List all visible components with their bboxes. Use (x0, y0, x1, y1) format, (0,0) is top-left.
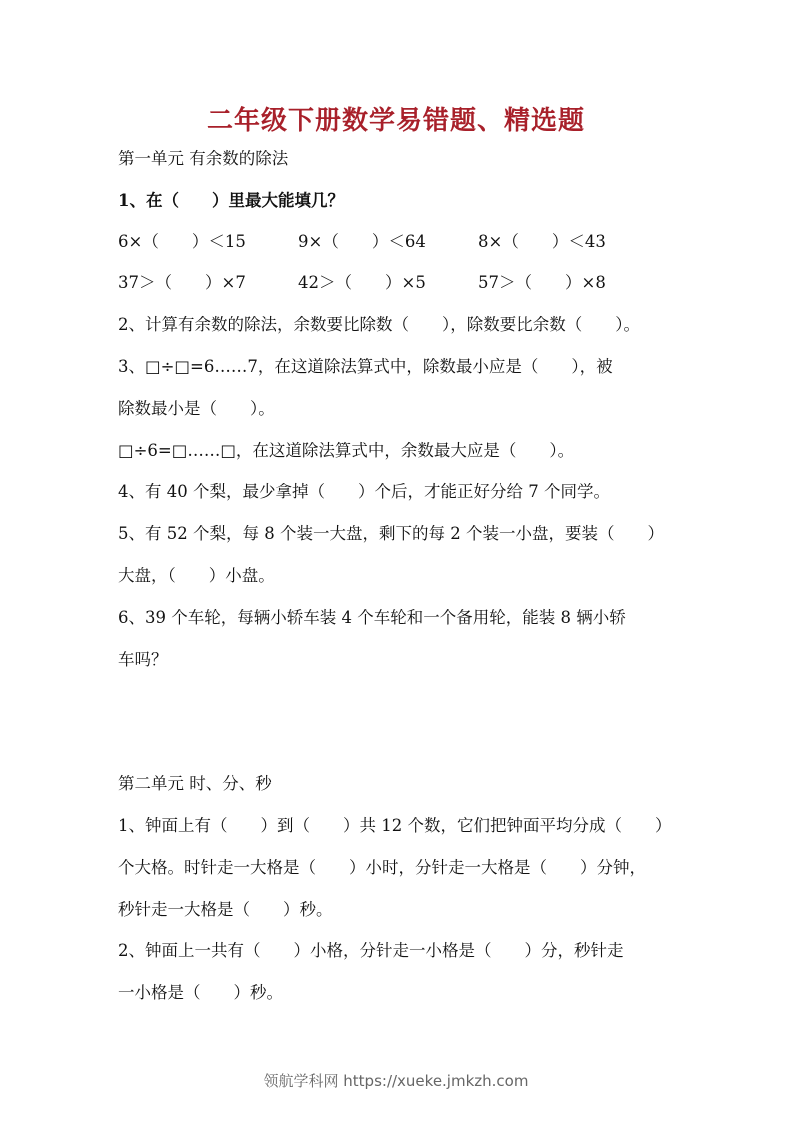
unit1-q4: 4、有 40 个梨，最少拿掉（ ）个后，才能正好分给 7 个同学。 (118, 481, 678, 503)
unit1-q6-line1: 6、39 个车轮，每辆小轿车装 4 个车轮和一个备用轮，能装 8 辆小轿 (118, 607, 678, 629)
unit1-q1-item: 8×（ ）＜43 (478, 231, 658, 253)
unit1-q5-line1: 5、有 52 个梨，每 8 个装一大盘，剩下的每 2 个装一小盘，要装（ ） (118, 523, 678, 545)
unit1-q1-row1: 6×（ ）＜15 9×（ ）＜64 8×（ ）＜43 (118, 231, 678, 253)
unit2-q2-line1: 2、钟面上一共有（ ）小格，分针走一小格是（ ）分，秒针走 (118, 940, 678, 962)
unit1-q1-item: 6×（ ）＜15 (118, 231, 298, 253)
unit2-q2-line2: 一小格是（ ）秒。 (118, 982, 678, 1004)
unit2-q1-line3: 秒针走一大格是（ ）秒。 (118, 899, 678, 921)
unit1-q1-item: 37＞（ ）×7 (118, 272, 298, 294)
document-title: 二年级下册数学易错题、精选题 (0, 100, 792, 137)
unit2-q1-line1: 1、钟面上有（ ）到（ ）共 12 个数，它们把钟面平均分成（ ） (118, 815, 678, 837)
unit1-q1-row2: 37＞（ ）×7 42＞（ ）×5 57＞（ ）×8 (118, 272, 678, 294)
unit1-q1-item: 42＞（ ）×5 (298, 272, 478, 294)
unit1-q6-line2: 车吗？ (118, 649, 678, 671)
unit1-q5-line2: 大盘，（ ）小盘。 (118, 565, 678, 587)
unit2-q1-line2: 个大格。时针走一大格是（ ）小时，分针走一大格是（ ）分钟， (118, 857, 678, 879)
unit1-q1-prompt: 1、在（ ）里最大能填几？ (118, 190, 678, 212)
unit2-heading: 第二单元 时、分、秒 (118, 773, 678, 795)
footer-watermark: 领航学科网 https://xueke.jmkzh.com (0, 1070, 792, 1091)
unit1-q2: 2、计算有余数的除法，余数要比除数（ ），除数要比余数（ ）。 (118, 314, 678, 336)
unit1-heading: 第一单元 有余数的除法 (118, 148, 678, 170)
unit1-q3-line2: 除数最小是（ ）。 (118, 398, 678, 420)
unit1-q1-item: 9×（ ）＜64 (298, 231, 478, 253)
unit1-q3-line3: □÷6=□……□，在这道除法算式中，余数最大应是（ ）。 (118, 440, 678, 462)
unit1-q3-line1: 3、□÷□=6……7，在这道除法算式中，除数最小应是（ ），被 (118, 356, 678, 378)
unit1-q1-item: 57＞（ ）×8 (478, 272, 658, 294)
